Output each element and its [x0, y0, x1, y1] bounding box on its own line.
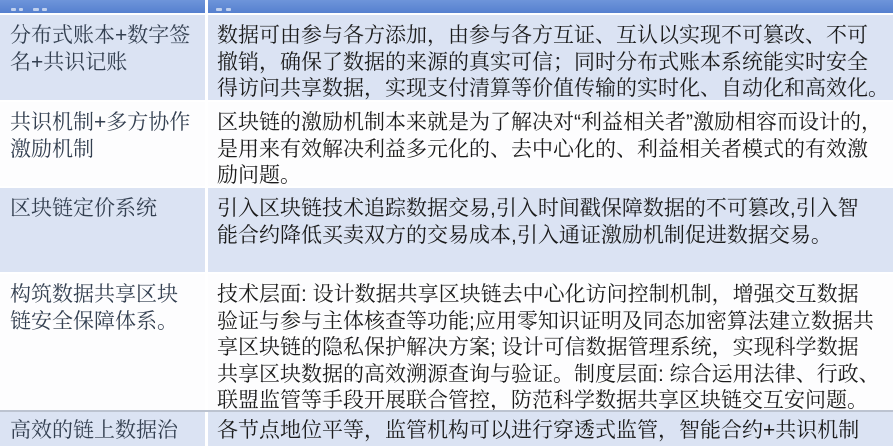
table-row-onchain-governance: 高效的链上数据治 各节点地位平等，监管机构可以进行穿透式监管，智能合约+共识机制	[0, 412, 893, 446]
description-cell: 数据可由参与各方添加，由参与各方互证、互认以实现不可篡改、不可 撤销，确保了数据…	[208, 15, 893, 100]
document-table-screenshot: 分布式账本+数字签 名+共识记账 数据可由参与各方添加，由参与各方互证、互认以实…	[0, 0, 893, 446]
description-cell: 各节点地位平等，监管机构可以进行穿透式监管，智能合约+共识机制	[208, 412, 893, 446]
table-row-pricing-system: 区块链定价系统 引入区块链技术追踪数据交易,引入时间戳保障数据的不可篡改,引入智…	[0, 188, 893, 272]
clipped-header-glyph	[216, 8, 222, 11]
clipped-header-glyph	[226, 8, 231, 11]
table-row-distributed-ledger: 分布式账本+数字签 名+共识记账 数据可由参与各方添加，由参与各方互证、互认以实…	[0, 15, 893, 100]
clipped-header-glyph	[33, 8, 39, 11]
table-row-security-system: 构筑数据共享区块 链安全保障体系。 技术层面: 设计数据共享区块链去中心化访问控…	[0, 274, 893, 410]
clipped-header-glyph	[11, 8, 16, 11]
clipped-header-glyph	[42, 8, 47, 11]
description-cell: 引入区块链技术追踪数据交易,引入时间戳保障数据的不可篡改,引入智 能合约降低买卖…	[208, 188, 893, 272]
table-header-row	[0, 0, 893, 13]
description-cell: 技术层面: 设计数据共享区块链去中心化访问控制机制，增强交互数据 验证与参与主体…	[208, 274, 893, 410]
term-cell: 高效的链上数据治	[0, 412, 205, 446]
term-cell: 分布式账本+数字签 名+共识记账	[0, 15, 205, 100]
clipped-header-glyph	[19, 8, 23, 11]
term-cell: 构筑数据共享区块 链安全保障体系。	[0, 274, 205, 410]
blockchain-mechanism-table: 分布式账本+数字签 名+共识记账 数据可由参与各方添加，由参与各方互证、互认以实…	[0, 0, 893, 446]
description-cell: 区块链的激励机制本来就是为了解决对“利益相关者”激励相容而设计的， 是用来有效解…	[208, 102, 893, 186]
table-row-consensus-incentive: 共识机制+多方协作 激励机制 区块链的激励机制本来就是为了解决对“利益相关者”激…	[0, 102, 893, 186]
header-description-cell	[208, 0, 893, 13]
header-term-cell	[0, 0, 205, 13]
term-cell: 共识机制+多方协作 激励机制	[0, 102, 205, 186]
term-cell: 区块链定价系统	[0, 188, 205, 272]
